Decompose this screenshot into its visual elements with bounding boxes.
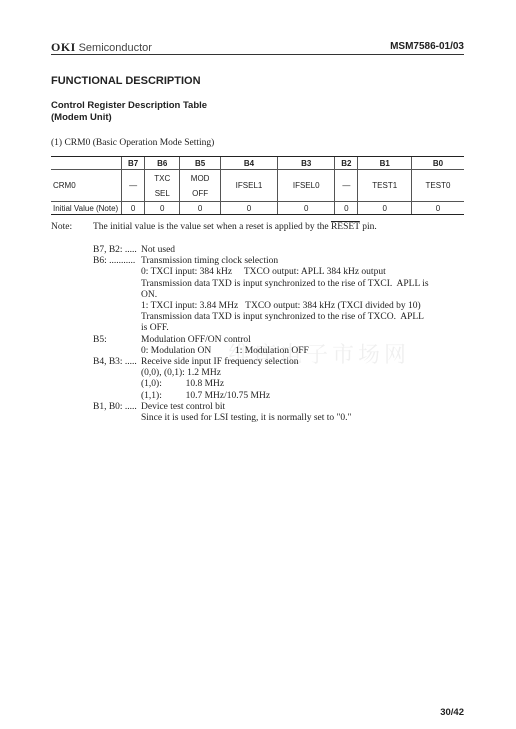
header-cell: B0: [411, 157, 464, 170]
bit-description-line: 1: TXCI input: 3.84 MHz TXCO output: 384…: [141, 301, 421, 312]
header-cell: B2: [335, 157, 358, 170]
table-cell: 0: [180, 202, 221, 215]
table-cell: 0: [411, 202, 464, 215]
table-row: CRM0 — TXCSEL MODOFF IFSEL1 IFSEL0 — TES…: [51, 170, 464, 202]
bit-description-line: Transmission data TXD is input synchroni…: [141, 312, 424, 323]
table-cell: IFSEL0: [278, 170, 335, 202]
header-cell: [51, 157, 122, 170]
bit-description-line: Transmission timing clock selection: [141, 256, 278, 267]
bit-description-line: Transmission data TXD is input synchroni…: [141, 279, 429, 290]
bit-label: B6: ...........: [93, 256, 135, 267]
table-cell: 0: [278, 202, 335, 215]
bit-label: B4, B3: .....: [93, 357, 137, 368]
header-divider: [51, 54, 464, 55]
watermark: 维库电子市场网: [228, 338, 410, 369]
row-label: CRM0: [51, 170, 122, 202]
bit-description-line: ON.: [141, 290, 157, 301]
reset-pin-name: RESET: [331, 222, 360, 232]
bit-label: B1, B0: .....: [93, 402, 137, 413]
table-header-row: B7 B6 B5 B4 B3 B2 B1 B0: [51, 157, 464, 170]
header-brand: OKI Semiconductor: [51, 40, 152, 55]
table-cell: IFSEL1: [220, 170, 277, 202]
bit-description-line: is OFF.: [141, 323, 169, 334]
table-cell: TEST0: [411, 170, 464, 202]
brand-logo: OKI: [51, 40, 76, 54]
part-number: MSM7586-01/03: [390, 41, 464, 52]
bit-description-line: (1,1): 10.7 MHz/10.75 MHz: [141, 391, 270, 402]
table-cell: 0: [358, 202, 412, 215]
note-text-after: pin.: [360, 222, 377, 232]
bit-label: B7, B2: .....: [93, 245, 137, 256]
table-cell: MODOFF: [180, 170, 221, 202]
table-cell: TXCSEL: [145, 170, 180, 202]
page-number: 30/42: [440, 707, 464, 718]
table-row: Initial Value (Note) 0 0 0 0 0 0 0 0: [51, 202, 464, 215]
header-cell: B4: [220, 157, 277, 170]
header-cell: B1: [358, 157, 412, 170]
table-cell: 0: [122, 202, 145, 215]
table-title: Control Register Description Table (Mode…: [51, 100, 207, 124]
header-cell: B3: [278, 157, 335, 170]
table-cell: TEST1: [358, 170, 412, 202]
header-cell: B6: [145, 157, 180, 170]
table-cell: 0: [145, 202, 180, 215]
table-cell: 0: [220, 202, 277, 215]
note-label: Note:: [51, 222, 72, 233]
bit-description-line: 0: TXCI input: 384 kHz TXCO output: APLL…: [141, 267, 386, 278]
header-cell: B5: [180, 157, 221, 170]
row-label: Initial Value (Note): [51, 202, 122, 215]
note-text-before: The initial value is the value set when …: [93, 222, 331, 232]
brand-subtitle: Semiconductor: [79, 42, 152, 54]
bit-description-line: (1,0): 10.8 MHz: [141, 379, 224, 390]
table-title-line2: (Modem Unit): [51, 112, 207, 124]
table-cell: —: [335, 170, 358, 202]
section-title: FUNCTIONAL DESCRIPTION: [51, 75, 201, 87]
table-title-line1: Control Register Description Table: [51, 100, 207, 112]
bit-description-line: (0,0), (0,1): 1.2 MHz: [141, 368, 221, 379]
bit-label: B5:: [93, 335, 107, 346]
table-cell: —: [122, 170, 145, 202]
header-cell: B7: [122, 157, 145, 170]
bit-description-line: Not used: [141, 245, 175, 256]
register-table: B7 B6 B5 B4 B3 B2 B1 B0 CRM0 — TXCSEL MO…: [51, 156, 464, 215]
table-cell: 0: [335, 202, 358, 215]
bit-description-line: Since it is used for LSI testing, it is …: [141, 413, 351, 424]
bit-description-line: Device test control bit: [141, 402, 225, 413]
table-caption: (1) CRM0 (Basic Operation Mode Setting): [51, 138, 214, 148]
note-text: The initial value is the value set when …: [93, 222, 377, 233]
